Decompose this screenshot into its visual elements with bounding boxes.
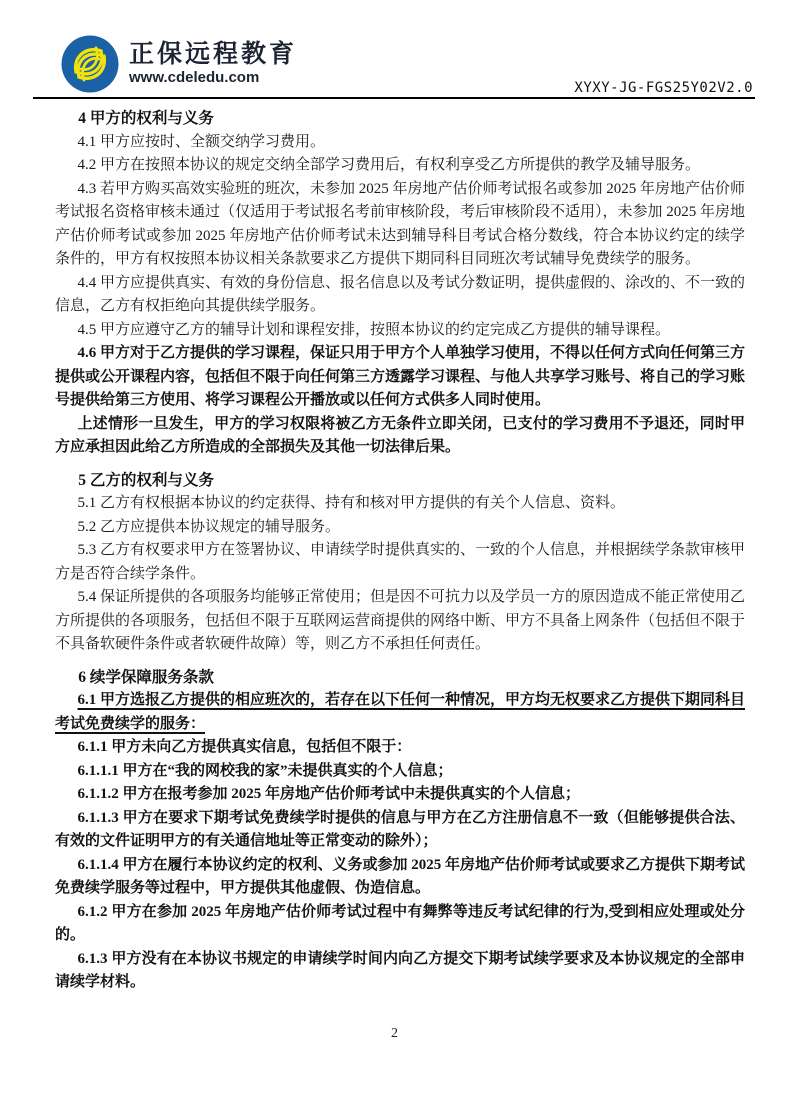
brand-url: www.cdeledu.com: [129, 69, 297, 87]
clause-paragraph: 6.1.1.4 甲方在履行本协议约定的权利、义务或参加 2025 年房地产估价师…: [55, 854, 745, 901]
brand-logo-icon: [61, 35, 119, 93]
clause-paragraph: 4.1 甲方应按时、全额交纳学习费用。: [55, 131, 745, 155]
clause-paragraph: 上述情形一旦发生，甲方的学习权限将被乙方无条件立即关闭，已支付的学习费用不予退还…: [55, 413, 745, 460]
brand-logo-circle: [62, 36, 119, 93]
page-number: 2: [0, 1026, 789, 1042]
clause-paragraph: 4.4 甲方应提供真实、有效的身份信息、报名信息以及考试分数证明，提供虚假的、涂…: [55, 272, 745, 319]
clause-paragraph: 5.3 乙方有权要求甲方在签署协议、申请续学时提供真实的、一致的个人信息，并根据…: [55, 539, 745, 586]
section-heading: 5 乙方的权利与义务: [55, 469, 745, 493]
clause-paragraph: 5.2 乙方应提供本协议规定的辅导服务。: [55, 516, 745, 540]
clause-paragraph: 4.3 若甲方购买高效实验班的班次，未参加 2025 年房地产估价师考试报名或参…: [55, 178, 745, 272]
brand-name: 正保远程教育: [129, 41, 297, 69]
clause-paragraph: 6.1.1.1 甲方在“我的网校我的家”未提供真实的个人信息；: [55, 760, 745, 784]
document-body: 4 甲方的权利与义务4.1 甲方应按时、全额交纳学习费用。4.2 甲方在按照本协…: [0, 99, 789, 995]
clause-paragraph: 5.4 保证所提供的各项服务均能够正常使用；但是因不可抗力以及学员一方的原因造成…: [55, 586, 745, 657]
document-page: 正保远程教育 www.cdeledu.com XYXY-JG-FGS25Y02V…: [0, 0, 789, 1116]
clause-paragraph: 6.1 甲方选报乙方提供的相应班次的，若存在以下任何一种情况，甲方均无权要求乙方…: [55, 689, 745, 736]
clause-paragraph: 6.1.1.2 甲方在报考参加 2025 年房地产估价师考试中未提供真实的个人信…: [55, 783, 745, 807]
clause-paragraph: 6.1.2 甲方在参加 2025 年房地产估价师考试过程中有舞弊等违反考试纪律的…: [55, 901, 745, 948]
clause-paragraph: 6.1.1 甲方未向乙方提供真实信息，包括但不限于：: [55, 736, 745, 760]
clause-paragraph: 6.1.1.3 甲方在要求下期考试免费续学时提供的信息与甲方在乙方注册信息不一致…: [55, 807, 745, 854]
section-heading: 6 续学保障服务条款: [55, 666, 745, 690]
contract-section: 5 乙方的权利与义务5.1 乙方有权根据本协议的约定获得、持有和核对甲方提供的有…: [55, 469, 745, 657]
clause-paragraph: 4.5 甲方应遵守乙方的辅导计划和课程安排，按照本协议的约定完成乙方提供的辅导课…: [55, 319, 745, 343]
brand: 正保远程教育 www.cdeledu.com: [61, 35, 297, 93]
clause-paragraph: 5.1 乙方有权根据本协议的约定获得、持有和核对甲方提供的有关个人信息、资料。: [55, 492, 745, 516]
clause-paragraph: 4.2 甲方在按照本协议的规定交纳全部学习费用后，有权利享受乙方所提供的教学及辅…: [55, 154, 745, 178]
contract-section: 4 甲方的权利与义务4.1 甲方应按时、全额交纳学习费用。4.2 甲方在按照本协…: [55, 107, 745, 460]
contract-section: 6 续学保障服务条款6.1 甲方选报乙方提供的相应班次的，若存在以下任何一种情况…: [55, 666, 745, 995]
brand-text: 正保远程教育 www.cdeledu.com: [129, 41, 297, 87]
document-code: XYXY-JG-FGS25Y02V2.0: [574, 80, 753, 96]
page-header: 正保远程教育 www.cdeledu.com XYXY-JG-FGS25Y02V…: [33, 0, 755, 99]
clause-paragraph: 6.1.3 甲方没有在本协议书规定的申请续学时间内向乙方提交下期考试续学要求及本…: [55, 948, 745, 995]
section-heading: 4 甲方的权利与义务: [55, 107, 745, 131]
clause-paragraph: 4.6 甲方对于乙方提供的学习课程，保证只用于甲方个人单独学习使用，不得以任何方…: [55, 342, 745, 413]
